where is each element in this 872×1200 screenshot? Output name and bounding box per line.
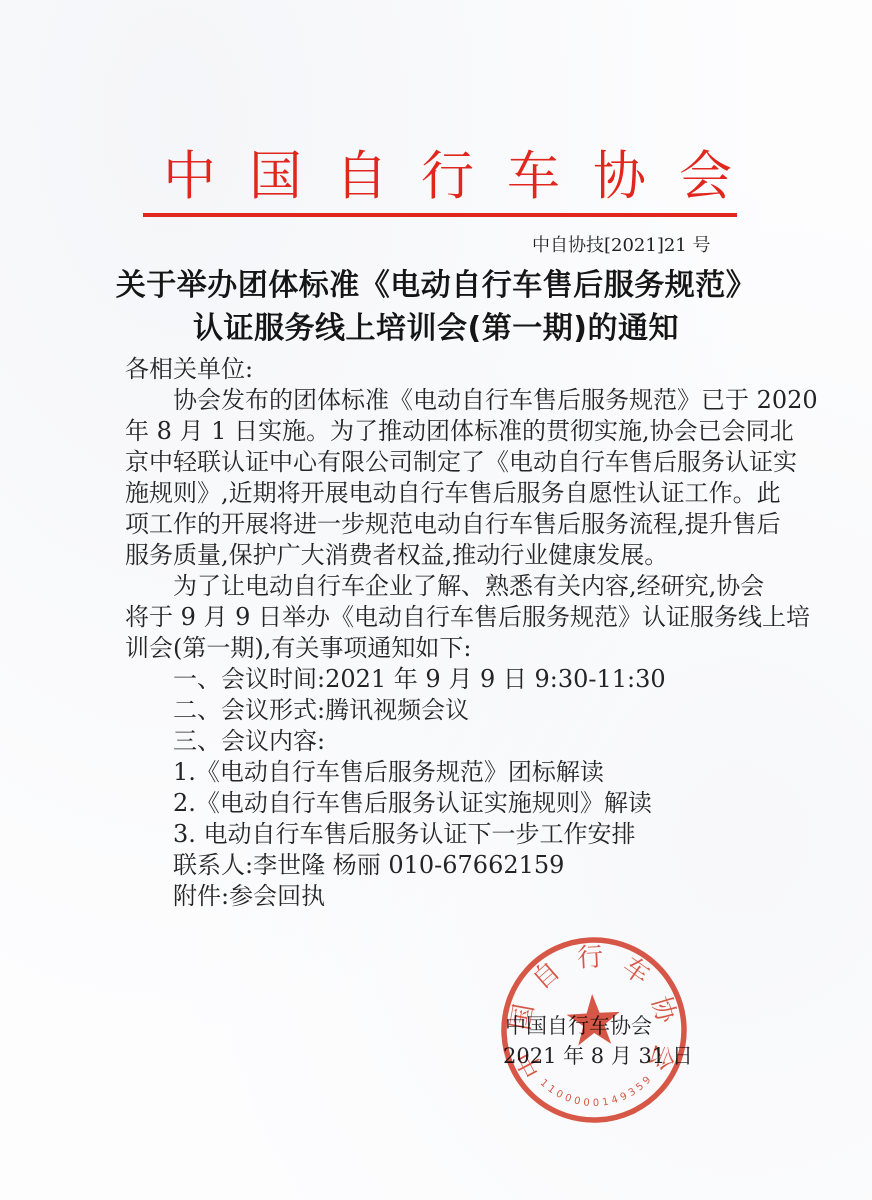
body-line: 为了让电动自行车企业了解、熟悉有关内容,经研究,协会 bbox=[125, 571, 761, 602]
body-line: 3. 电动自行车售后服务认证下一步工作安排 bbox=[125, 819, 761, 850]
seal-serial-number: 1100000149359 bbox=[537, 1072, 657, 1112]
body-line: 将于 9 月 9 日举办《电动自行车售后服务规范》认证服务线上培 bbox=[125, 602, 761, 633]
body-line: 项工作的开展将进一步规范电动自行车售后服务流程,提升售后 bbox=[125, 509, 761, 540]
body-line: 各相关单位: bbox=[125, 354, 761, 385]
body-line: 服务质量,保护广大消费者权益,推动行业健康发展。 bbox=[125, 540, 761, 571]
letterhead-divider-rule bbox=[143, 213, 737, 217]
notice-title-line2: 认证服务线上培训会(第一期)的通知 bbox=[0, 307, 872, 350]
body-line: 附件:参会回执 bbox=[125, 881, 761, 912]
body-line: 1.《电动自行车售后服务规范》团标解读 bbox=[125, 757, 761, 788]
seal-ring-char: 车 bbox=[616, 951, 655, 991]
body-line: 一、会议时间:2021 年 9 月 9 日 9:30-11:30 bbox=[125, 664, 761, 695]
body-line: 协会发布的团体标准《电动自行车售后服务规范》已于 2020 bbox=[125, 385, 761, 416]
notice-title-line1: 关于举办团体标准《电动自行车售后服务规范》 bbox=[0, 264, 872, 307]
body-line: 训会(第一期),有关事项通知如下: bbox=[125, 633, 761, 664]
body-line: 京中轻联认证中心有限公司制定了《电动自行车售后服务认证实 bbox=[125, 447, 761, 478]
seal-ring-char: 行 bbox=[576, 942, 604, 973]
signature-org-name: 中国自行车协会 bbox=[505, 1014, 652, 1039]
body-line: 施规则》,近期将开展电动自行车售后服务自愿性认证工作。此 bbox=[125, 478, 761, 509]
letterhead-org-name: 中国自行车协会 bbox=[163, 150, 765, 203]
body-line: 年 8 月 1 日实施。为了推动团体标准的贯彻实施,协会已会同北 bbox=[125, 416, 761, 447]
body-line: 2.《电动自行车售后服务认证实施规则》解读 bbox=[125, 788, 761, 819]
body-line: 三、会议内容: bbox=[125, 726, 761, 757]
notice-title: 关于举办团体标准《电动自行车售后服务规范》 认证服务线上培训会(第一期)的通知 bbox=[0, 264, 872, 350]
body-line: 联系人:李世隆 杨丽 010-67662159 bbox=[125, 850, 761, 881]
signature-date: 2021 年 8 月 31 日 bbox=[503, 1044, 693, 1069]
document-number: 中自协技[2021]21 号 bbox=[532, 235, 710, 257]
body-line: 二、会议形式:腾讯视频会议 bbox=[125, 695, 761, 726]
seal-ring-char: 自 bbox=[527, 956, 566, 996]
body-lines: 各相关单位:协会发布的团体标准《电动自行车售后服务规范》已于 2020年 8 月… bbox=[125, 354, 761, 912]
scanned-notice-page: 中国自行车协会 中自协技[2021]21 号 关于举办团体标准《电动自行车售后服… bbox=[0, 0, 872, 1200]
